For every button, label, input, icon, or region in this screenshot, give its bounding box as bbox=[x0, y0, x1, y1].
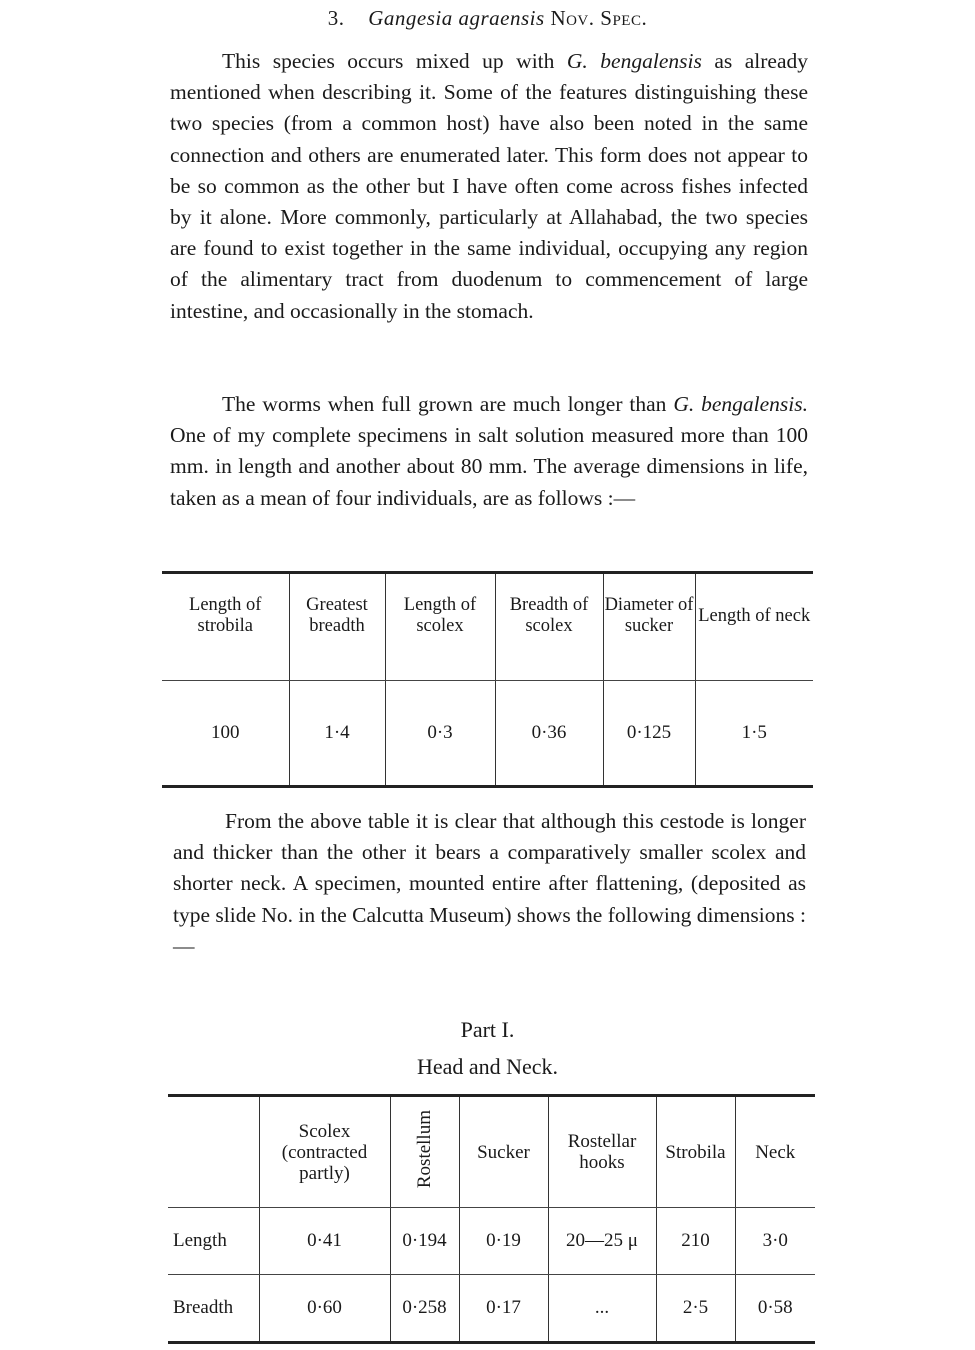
section-heading: 3. Gangesia agraensis Nov. Spec. bbox=[0, 6, 975, 31]
text: From the above table it is clear that al… bbox=[173, 809, 806, 958]
table-cell: 0·60 bbox=[259, 1275, 390, 1343]
column-header: Neck bbox=[735, 1096, 815, 1208]
table-cell: 0·41 bbox=[259, 1208, 390, 1275]
text: One of my complete specimens in salt sol… bbox=[170, 423, 808, 509]
head-and-neck-table: Scolex (contracted partly) Rostellum Suc… bbox=[168, 1094, 815, 1344]
paragraph-dimensions: The worms when full grown are much longe… bbox=[170, 389, 808, 514]
paragraph-comparison: From the above table it is clear that al… bbox=[173, 806, 806, 962]
section-number: 3. bbox=[328, 6, 345, 30]
row-label: Breadth bbox=[168, 1275, 259, 1343]
table-row: Length 0·41 0·194 0·19 20—25 μ 210 3·0 bbox=[168, 1208, 815, 1275]
column-header: Scolex (contracted partly) bbox=[259, 1096, 390, 1208]
table-header-row: Length of strobila Greatest breadth Leng… bbox=[162, 573, 813, 681]
table-cell: 20—25 μ bbox=[548, 1208, 656, 1275]
species-suffix: Nov. Spec. bbox=[550, 6, 647, 30]
column-header: Sucker bbox=[459, 1096, 548, 1208]
table-cell: 0·36 bbox=[495, 681, 603, 787]
table-cell: 0·258 bbox=[390, 1275, 459, 1343]
column-header: Rostellar hooks bbox=[548, 1096, 656, 1208]
column-header: Length of strobila bbox=[162, 573, 289, 681]
table-cell: 0·125 bbox=[603, 681, 695, 787]
table-cell: 0·19 bbox=[459, 1208, 548, 1275]
column-header: Length of scolex bbox=[385, 573, 495, 681]
table-cell: ... bbox=[548, 1275, 656, 1343]
table-header-row: Scolex (contracted partly) Rostellum Suc… bbox=[168, 1096, 815, 1208]
section-caption: Head and Neck. bbox=[0, 1054, 975, 1080]
part-caption: Part I. bbox=[0, 1017, 975, 1043]
table-cell: 0·194 bbox=[390, 1208, 459, 1275]
row-label: Length bbox=[168, 1208, 259, 1275]
table-cell: 2·5 bbox=[656, 1275, 735, 1343]
column-header bbox=[168, 1096, 259, 1208]
table-cell: 3·0 bbox=[735, 1208, 815, 1275]
document-page: 3. Gangesia agraensis Nov. Spec. This sp… bbox=[0, 0, 975, 1350]
table-row: 100 1·4 0·3 0·36 0·125 1·5 bbox=[162, 681, 813, 787]
table-row: Breadth 0·60 0·258 0·17 ... 2·5 0·58 bbox=[168, 1275, 815, 1343]
text: as already mentioned when describing it.… bbox=[170, 49, 808, 323]
text: This species occurs mixed up with bbox=[222, 49, 567, 73]
table-cell: 100 bbox=[162, 681, 289, 787]
rotated-header: Rostellum bbox=[414, 1110, 435, 1188]
species-name: Gangesia agraensis bbox=[368, 6, 544, 30]
table-cell: 0·17 bbox=[459, 1275, 548, 1343]
table-cell: 1·5 bbox=[695, 681, 813, 787]
paragraph-occurrence: This species occurs mixed up with G. ben… bbox=[170, 46, 808, 327]
column-header: Breadth of scolex bbox=[495, 573, 603, 681]
species-ref: G. bengalensis. bbox=[673, 392, 808, 416]
text: The worms when full grown are much longe… bbox=[222, 392, 673, 416]
table-cell: 0·58 bbox=[735, 1275, 815, 1343]
column-header: Diameter of sucker bbox=[603, 573, 695, 681]
table-cell: 210 bbox=[656, 1208, 735, 1275]
column-header: Greatest breadth bbox=[289, 573, 385, 681]
average-dimensions-table: Length of strobila Greatest breadth Leng… bbox=[162, 571, 813, 788]
column-header: Rostellum bbox=[390, 1096, 459, 1208]
column-header: Length of neck bbox=[695, 573, 813, 681]
table-cell: 0·3 bbox=[385, 681, 495, 787]
species-ref: G. bengalensis bbox=[567, 49, 702, 73]
table-cell: 1·4 bbox=[289, 681, 385, 787]
column-header: Strobila bbox=[656, 1096, 735, 1208]
